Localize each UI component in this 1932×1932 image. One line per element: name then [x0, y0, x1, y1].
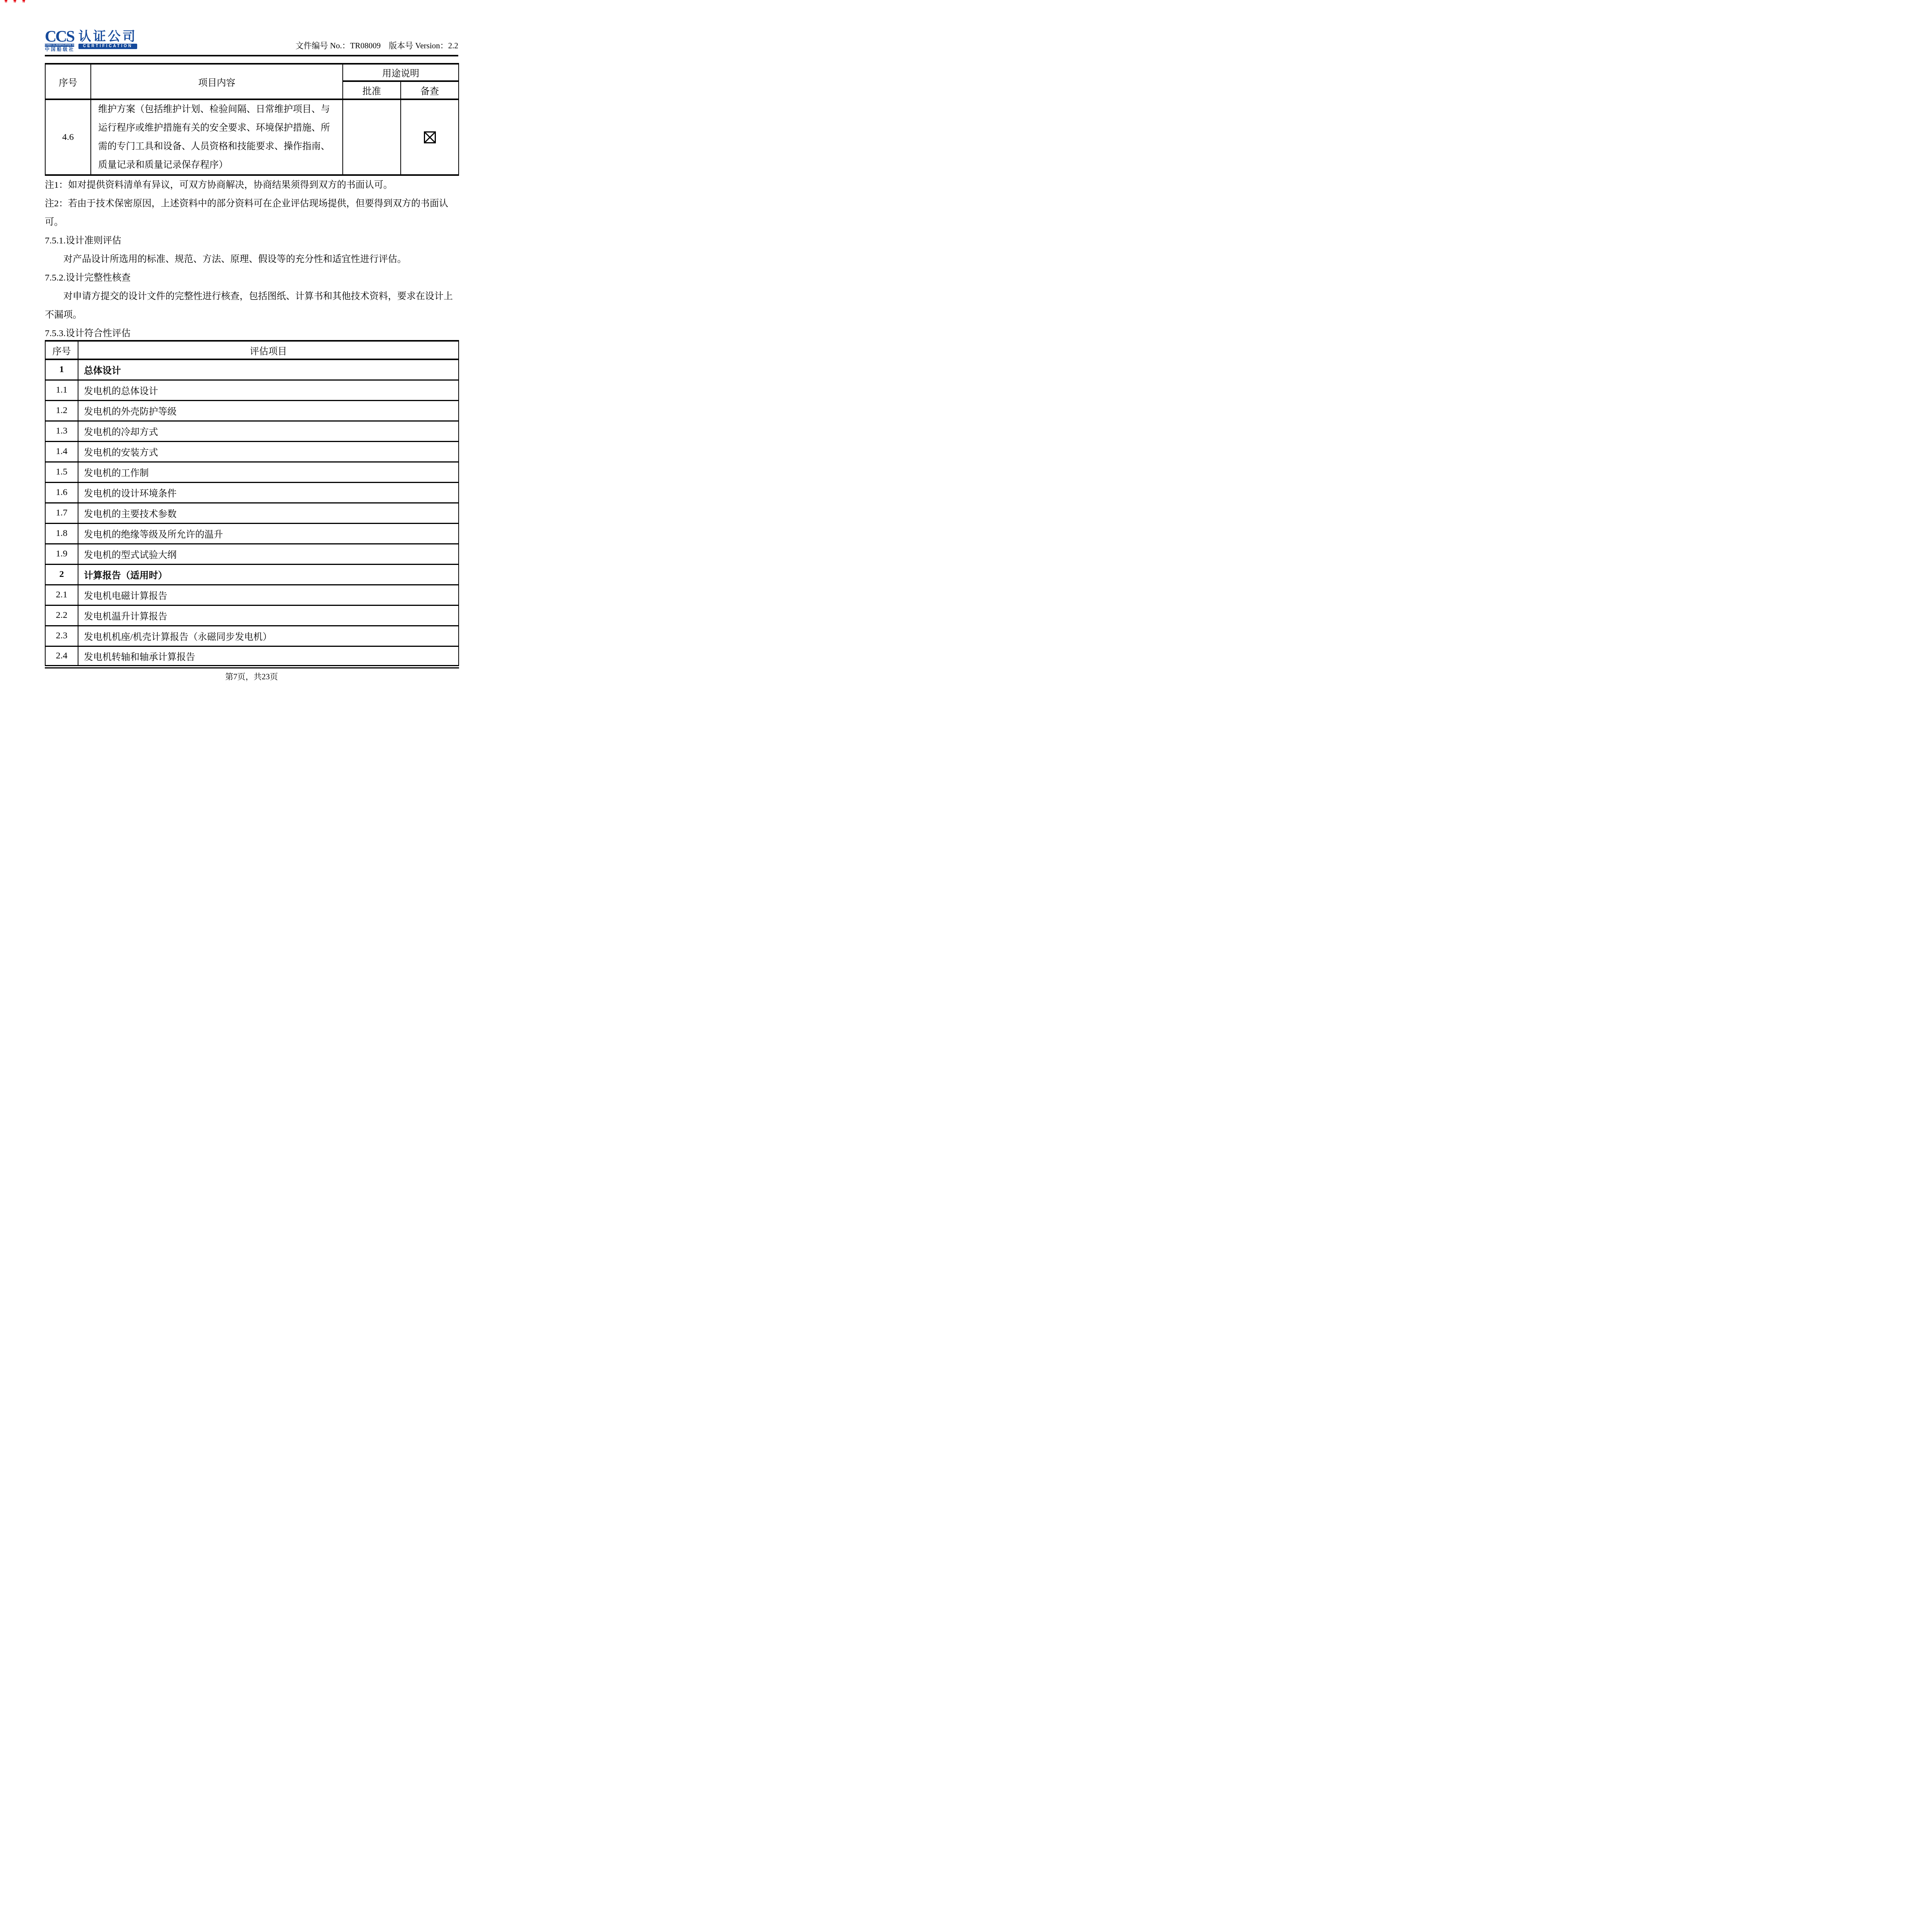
row-seq: 1 — [45, 359, 78, 380]
ccs-wordmark: CCS — [45, 31, 74, 43]
row-item: 发电机的工作制 — [78, 462, 459, 482]
row-item: 发电机的设计环境条件 — [78, 482, 459, 503]
ccs-red-flag-icon — [13, 0, 17, 3]
row-seq: 2 — [45, 564, 78, 585]
row-item: 发电机的外壳防护等级 — [78, 400, 459, 421]
table-row: 4.6 维护方案（包括维护计划、检验间隔、日常维护项目、与运行程序或维护措施有关… — [45, 99, 459, 175]
row-item: 发电机的主要技术参数 — [78, 503, 459, 523]
row-seq: 2.2 — [45, 605, 78, 626]
table-row: 1.6发电机的设计环境条件 — [45, 482, 459, 503]
note-2: 注2：若由于技术保密原因，上述资料中的部分资料可在企业评估现场提供，但要得到双方… — [45, 194, 458, 231]
page-header: CCS CHINA CLASSIFICATION SOCIETY 中国船级社 认… — [45, 0, 458, 52]
row-item: 发电机机座/机壳计算报告（永磁同步发电机） — [78, 626, 459, 646]
row-content: 维护方案（包括维护计划、检验间隔、日常维护项目、与运行程序或维护措施有关的安全要… — [91, 99, 343, 175]
col-header-usage: 用途说明 — [343, 64, 459, 81]
row-seq: 2.4 — [45, 646, 78, 667]
col-header-record: 备查 — [401, 81, 459, 99]
row-seq: 1.5 — [45, 462, 78, 482]
row-seq: 1.4 — [45, 441, 78, 462]
col-header-approve: 批准 — [343, 81, 401, 99]
row-seq: 1.8 — [45, 523, 78, 544]
table-row: 1.1发电机的总体设计 — [45, 380, 459, 400]
row-item: 计算报告（适用时） — [78, 564, 459, 585]
ccs-red-flag-icon — [4, 0, 8, 3]
doc-number-and-version: 文件编号 No.：TR08009 版本号 Version：2.2 — [296, 41, 458, 52]
table-row: 1.7发电机的主要技术参数 — [45, 503, 459, 523]
row-item: 总体设计 — [78, 359, 459, 380]
row-item: 发电机的总体设计 — [78, 380, 459, 400]
row-item: 发电机转轴和轴承计算报告 — [78, 646, 459, 667]
record-cell — [401, 99, 459, 175]
col-header-content: 项目内容 — [91, 64, 343, 99]
document-page: CCS CHINA CLASSIFICATION SOCIETY 中国船级社 认… — [0, 0, 497, 705]
page-number: 第7页，共23页 — [45, 671, 458, 682]
table-row: 1总体设计 — [45, 359, 459, 380]
table-row: 2.4发电机转轴和轴承计算报告 — [45, 646, 459, 667]
table-row: 1.2发电机的外壳防护等级 — [45, 400, 459, 421]
approve-cell — [343, 99, 401, 175]
ccs-logo: CCS CHINA CLASSIFICATION SOCIETY 中国船级社 认… — [45, 31, 137, 52]
table-row: 2计算报告（适用时） — [45, 564, 459, 585]
brand-name-cn: 认证公司 — [78, 31, 137, 43]
row-item: 发电机的型式试验大纲 — [78, 544, 459, 564]
table-row: 1.5发电机的工作制 — [45, 462, 459, 482]
certification-band: CERTIFICATION — [78, 44, 137, 49]
table-row: 1.3发电机的冷却方式 — [45, 421, 459, 441]
table-row: 1.8发电机的绝缘等级及所允许的温升 — [45, 523, 459, 544]
row-seq: 2.1 — [45, 585, 78, 605]
row-item: 发电机温升计算报告 — [78, 605, 459, 626]
row-seq: 2.3 — [45, 626, 78, 646]
checked-box-icon — [424, 131, 436, 143]
row-item: 发电机电磁计算报告 — [78, 585, 459, 605]
header-divider — [45, 55, 458, 56]
col-header-item: 评估项目 — [78, 341, 459, 359]
col-header-seq: 序号 — [45, 341, 78, 359]
document-list-table: 序号 项目内容 用途说明 批准 备查 4.6 维护方案（包括维护计划、检验间隔、… — [45, 63, 459, 176]
row-seq: 1.2 — [45, 400, 78, 421]
row-seq: 4.6 — [45, 99, 91, 175]
row-item: 发电机的安装方式 — [78, 441, 459, 462]
row-seq: 1.9 — [45, 544, 78, 564]
row-seq: 1.1 — [45, 380, 78, 400]
table-row: 1.9发电机的型式试验大纲 — [45, 544, 459, 564]
table-row: 2.3发电机机座/机壳计算报告（永磁同步发电机） — [45, 626, 459, 646]
society-name-cn: 中国船级社 — [45, 47, 74, 52]
section-body-7-5-2: 对申请方提交的设计文件的完整性进行核查，包括图纸、计算书和其他技术资料，要求在设… — [45, 287, 458, 324]
table-row: 2.2发电机温升计算报告 — [45, 605, 459, 626]
section-body-7-5-1: 对产品设计所选用的标准、规范、方法、原理、假设等的充分性和适宜性进行评估。 — [45, 250, 458, 269]
row-seq: 1.7 — [45, 503, 78, 523]
note-1: 注1：如对提供资料清单有异议，可双方协商解决，协商结果须得到双方的书面认可。 — [45, 176, 458, 194]
row-item: 发电机的绝缘等级及所允许的温升 — [78, 523, 459, 544]
ccs-red-flag-icon — [22, 0, 26, 3]
table-row: 1.4发电机的安装方式 — [45, 441, 459, 462]
assessment-items-table: 序号 评估项目 1总体设计 1.1发电机的总体设计 1.2发电机的外壳防护等级 … — [45, 340, 459, 668]
col-header-seq: 序号 — [45, 64, 91, 99]
section-heading-7-5-1: 7.5.1.设计准则评估 — [45, 231, 458, 250]
table-row: 2.1发电机电磁计算报告 — [45, 585, 459, 605]
row-seq: 1.3 — [45, 421, 78, 441]
section-heading-7-5-2: 7.5.2.设计完整性核查 — [45, 269, 458, 287]
row-seq: 1.6 — [45, 482, 78, 503]
row-item: 发电机的冷却方式 — [78, 421, 459, 441]
